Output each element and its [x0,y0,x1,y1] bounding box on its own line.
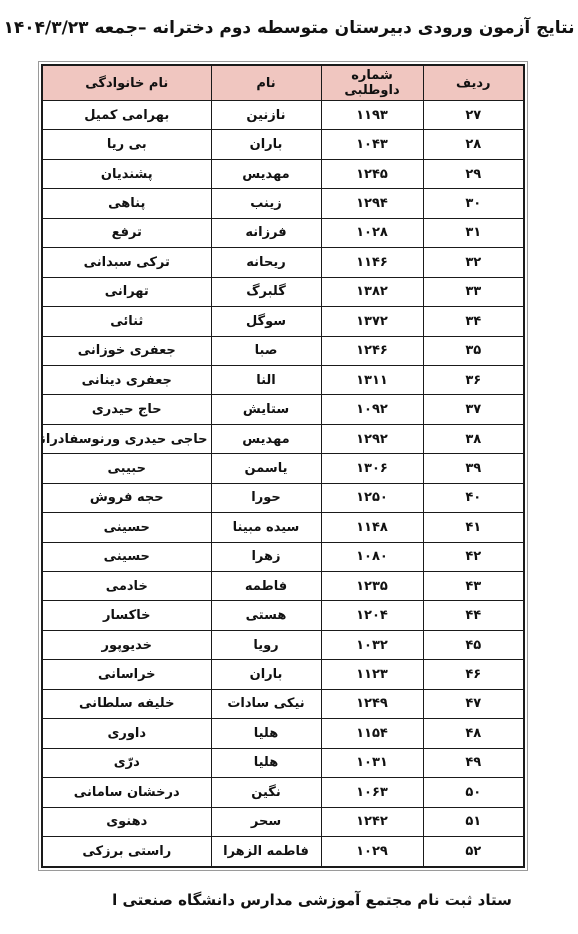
cell-code: ۱۰۲۹ [321,836,423,867]
cell-name: مهدیس [211,159,321,188]
table-row: ۲۷۱۱۹۳نازنینبهرامی کمیل [42,101,524,130]
cell-family: خراسانی [42,660,211,689]
cell-family: خادمی [42,572,211,601]
table-row: ۴۹۱۰۳۱هلیادرّی [42,748,524,777]
cell-radif: ۴۸ [423,719,524,748]
cell-radif: ۳۴ [423,307,524,336]
cell-code: ۱۰۶۳ [321,778,423,807]
cell-code: ۱۲۰۴ [321,601,423,630]
cell-radif: ۴۷ [423,689,524,718]
cell-code: ۱۰۳۱ [321,748,423,777]
document-page: نتایج آزمون ورودی دبیرستان متوسطه دوم دخ… [0,0,578,934]
table-row: ۴۰۱۲۵۰حوراحجه فروش [42,483,524,512]
cell-code: ۱۱۴۸ [321,513,423,542]
cell-code: ۱۲۴۵ [321,159,423,188]
table-row: ۵۱۱۲۴۲سحردهنوی [42,807,524,836]
cell-family: حاج حیدری [42,395,211,424]
cell-code: ۱۱۲۳ [321,660,423,689]
table-header-row: ردیف شماره داوطلبی نام نام خانوادگی [42,65,524,101]
table-row: ۴۸۱۱۵۴هلیاداوری [42,719,524,748]
cell-radif: ۳۸ [423,424,524,453]
cell-code: ۱۰۲۸ [321,218,423,247]
cell-radif: ۴۹ [423,748,524,777]
table-row: ۴۲۱۰۸۰زهراحسینی [42,542,524,571]
table-row: ۴۵۱۰۳۲رویاخدیوپور [42,630,524,659]
cell-code: ۱۰۳۲ [321,630,423,659]
cell-code: ۱۲۹۴ [321,189,423,218]
results-table: ردیف شماره داوطلبی نام نام خانوادگی ۲۷۱۱… [41,64,525,868]
cell-code: ۱۱۵۴ [321,719,423,748]
table-row: ۴۶۱۱۲۳بارانخراسانی [42,660,524,689]
cell-code: ۱۲۹۲ [321,424,423,453]
cell-family: حسینی [42,542,211,571]
table-row: ۵۰۱۰۶۳نگیندرخشان سامانی [42,778,524,807]
cell-name: نازنین [211,101,321,130]
cell-name: مهدیس [211,424,321,453]
cell-family: خاکسار [42,601,211,630]
cell-family: حسینی [42,513,211,542]
cell-name: باران [211,660,321,689]
table-row: ۳۰۱۲۹۴زینبپناهی [42,189,524,218]
cell-family: ثنائی [42,307,211,336]
cell-family: تهرانی [42,277,211,306]
cell-radif: ۵۲ [423,836,524,867]
cell-radif: ۳۵ [423,336,524,365]
cell-name: فرزانه [211,218,321,247]
cell-name: باران [211,130,321,159]
table-row: ۳۲۱۱۴۶ریحانهترکی سبدانی [42,248,524,277]
cell-radif: ۳۶ [423,365,524,394]
cell-family: دهنوی [42,807,211,836]
table-row: ۳۴۱۳۷۲سوگلثنائی [42,307,524,336]
table-row: ۳۵۱۲۴۶صباجعفری خوزانی [42,336,524,365]
cell-radif: ۵۰ [423,778,524,807]
cell-family: حاجی حیدری ورنوسفادرانی [42,424,211,453]
cell-name: زهرا [211,542,321,571]
cell-radif: ۳۹ [423,454,524,483]
table-row: ۴۳۱۲۳۵فاطمهخادمی [42,572,524,601]
table-row: ۳۶۱۳۱۱الناجعفری دینانی [42,365,524,394]
cell-name: النا [211,365,321,394]
cell-family: بی ریا [42,130,211,159]
cell-radif: ۴۳ [423,572,524,601]
cell-code: ۱۲۵۰ [321,483,423,512]
cell-name: هلیا [211,748,321,777]
page-footer: ستاد ثبت نام مجتمع آموزشی مدارس دانشگاه … [23,891,578,909]
column-header-name: نام [211,65,321,101]
cell-code: ۱۱۹۳ [321,101,423,130]
cell-name: سحر [211,807,321,836]
cell-radif: ۴۵ [423,630,524,659]
cell-code: ۱۳۱۱ [321,365,423,394]
cell-family: حبیبی [42,454,211,483]
table-row: ۳۹۱۳۰۶یاسمنحبیبی [42,454,524,483]
cell-name: ریحانه [211,248,321,277]
column-header-family: نام خانوادگی [42,65,211,101]
cell-name: یاسمن [211,454,321,483]
cell-family: پناهی [42,189,211,218]
cell-code: ۱۳۷۲ [321,307,423,336]
cell-family: پشندیان [42,159,211,188]
table-row: ۲۸۱۰۴۳بارانبی ریا [42,130,524,159]
cell-name: سوگل [211,307,321,336]
cell-code: ۱۰۸۰ [321,542,423,571]
column-header-radif: ردیف [423,65,524,101]
cell-radif: ۳۳ [423,277,524,306]
table-row: ۴۱۱۱۴۸سیده مبیناحسینی [42,513,524,542]
cell-code: ۱۲۴۲ [321,807,423,836]
cell-family: ترکی سبدانی [42,248,211,277]
cell-name: حورا [211,483,321,512]
cell-name: ستایش [211,395,321,424]
table-row: ۳۳۱۳۸۲گلبرگتهرانی [42,277,524,306]
cell-code: ۱۱۴۶ [321,248,423,277]
cell-family: داوری [42,719,211,748]
cell-code: ۱۰۴۳ [321,130,423,159]
cell-family: حجه فروش [42,483,211,512]
cell-code: ۱۲۴۶ [321,336,423,365]
cell-code: ۱۳۰۶ [321,454,423,483]
cell-family: بهرامی کمیل [42,101,211,130]
cell-code: ۱۳۸۲ [321,277,423,306]
cell-family: درخشان سامانی [42,778,211,807]
cell-radif: ۳۷ [423,395,524,424]
cell-radif: ۴۰ [423,483,524,512]
cell-family: ترفع [42,218,211,247]
cell-radif: ۴۴ [423,601,524,630]
cell-code: ۱۰۹۲ [321,395,423,424]
cell-name: صبا [211,336,321,365]
cell-name: سیده مبینا [211,513,321,542]
cell-family: خدیوپور [42,630,211,659]
cell-radif: ۳۰ [423,189,524,218]
cell-radif: ۵۱ [423,807,524,836]
cell-name: گلبرگ [211,277,321,306]
table-row: ۵۲۱۰۲۹فاطمه الزهراراستی برزکی [42,836,524,867]
page-title: نتایج آزمون ورودی دبیرستان متوسطه دوم دخ… [0,18,578,38]
cell-code: ۱۲۳۵ [321,572,423,601]
cell-name: نگین [211,778,321,807]
cell-name: هلیا [211,719,321,748]
cell-radif: ۳۱ [423,218,524,247]
cell-name: فاطمه الزهرا [211,836,321,867]
cell-family: خلیفه سلطانی [42,689,211,718]
cell-name: هستی [211,601,321,630]
table-row: ۳۱۱۰۲۸فرزانهترفع [42,218,524,247]
cell-radif: ۲۹ [423,159,524,188]
cell-radif: ۴۶ [423,660,524,689]
table-row: ۳۸۱۲۹۲مهدیسحاجی حیدری ورنوسفادرانی [42,424,524,453]
cell-name: نیکی سادات [211,689,321,718]
cell-radif: ۴۱ [423,513,524,542]
cell-family: راستی برزکی [42,836,211,867]
table-row: ۴۴۱۲۰۴هستیخاکسار [42,601,524,630]
cell-family: جعفری دینانی [42,365,211,394]
cell-radif: ۲۸ [423,130,524,159]
cell-name: زینب [211,189,321,218]
column-header-code: شماره داوطلبی [321,65,423,101]
cell-code: ۱۲۴۹ [321,689,423,718]
table-row: ۳۷۱۰۹۲ستایشحاج حیدری [42,395,524,424]
cell-family: جعفری خوزانی [42,336,211,365]
cell-radif: ۴۲ [423,542,524,571]
cell-radif: ۳۲ [423,248,524,277]
cell-name: فاطمه [211,572,321,601]
cell-radif: ۲۷ [423,101,524,130]
table-row: ۴۷۱۲۴۹نیکی ساداتخلیفه سلطانی [42,689,524,718]
table-body: ۲۷۱۱۹۳نازنینبهرامی کمیل۲۸۱۰۴۳بارانبی ریا… [42,101,524,868]
cell-name: رویا [211,630,321,659]
cell-family: درّی [42,748,211,777]
table-row: ۲۹۱۲۴۵مهدیسپشندیان [42,159,524,188]
